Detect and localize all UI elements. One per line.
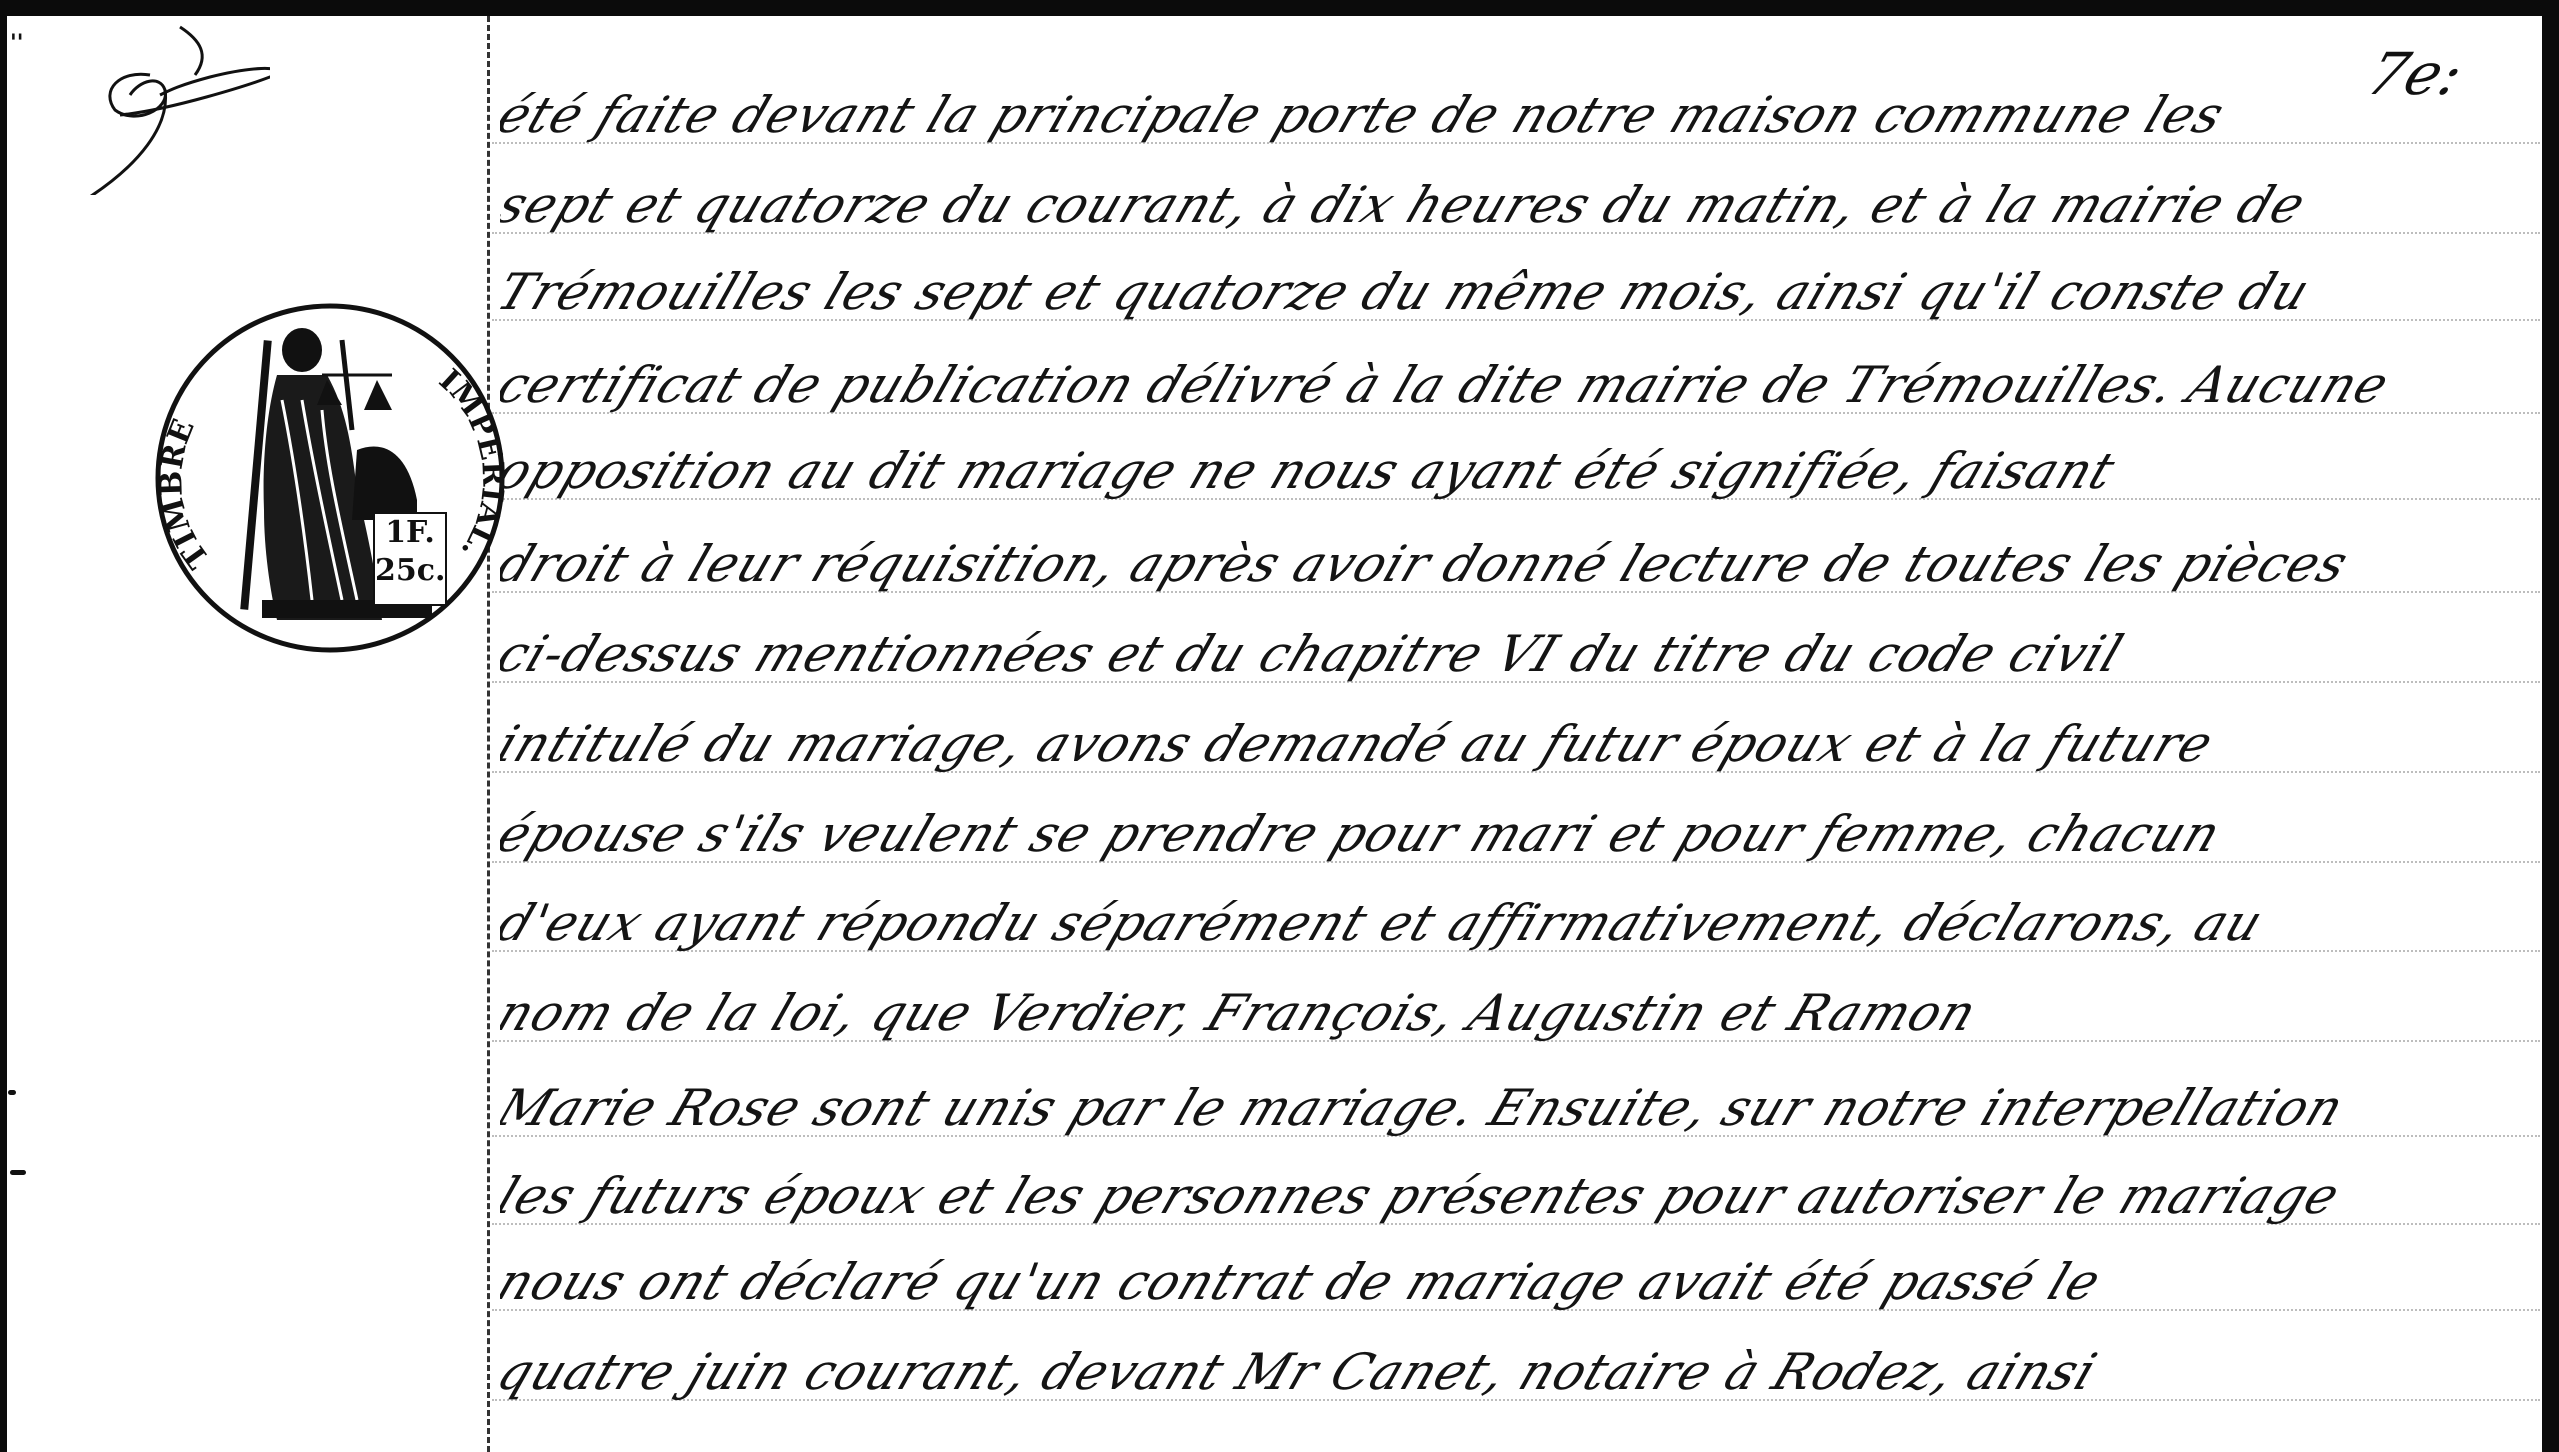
handwritten-line-15: quatre juin courant, devant Mr Canet, no…	[500, 1327, 2535, 1417]
handwritten-line-10: d'eux ayant répondu séparément et affirm…	[500, 878, 2535, 968]
handwritten-line-12: Marie Rose sont unis par le mariage. Ens…	[500, 1063, 2535, 1153]
handwritten-line-3: Trémouilles les sept et quatorze du même…	[500, 247, 2535, 337]
handwritten-line-6: droit à leur réquisition, après avoir do…	[500, 519, 2535, 609]
handwritten-line-11: nom de la loi, que Verdier, François, Au…	[500, 968, 2535, 1058]
stamp-seal-icon: TIMBRE IMPERIAL.	[152, 300, 508, 656]
scan-border-left	[0, 0, 7, 1452]
handwritten-line-9: épouse s'ils veulent se prendre pour mar…	[500, 789, 2535, 879]
margin-dot	[8, 1090, 16, 1095]
handwritten-line-14: nous ont déclaré qu'un contrat de mariag…	[500, 1237, 2535, 1327]
handwritten-line-2: sept et quatorze du courant, à dix heure…	[500, 160, 2535, 250]
register-page: '' 7e: TIMBRE IMPERIAL.	[0, 0, 2559, 1452]
timbre-imperial-stamp: TIMBRE IMPERIAL. 1F. 25c.	[152, 300, 508, 656]
margin-rule	[487, 16, 490, 1452]
handwritten-line-1: été faite devant la principale porte de …	[500, 70, 2535, 160]
scan-border-top	[0, 0, 2559, 16]
stamp-value-centimes: 25c.	[375, 556, 445, 586]
handwritten-line-13: les futurs époux et les personnes présen…	[500, 1151, 2535, 1241]
handwritten-line-7: ci-dessus mentionnées et du chapitre VI …	[500, 609, 2535, 699]
handwritten-line-8: intitulé du mariage, avons demandé au fu…	[500, 699, 2535, 789]
corner-mark: ''	[10, 30, 23, 56]
margin-annotation-flourish-icon	[60, 15, 270, 195]
handwritten-line-4: certificat de publication délivré à la d…	[500, 340, 2535, 430]
margin-dot	[10, 1170, 26, 1175]
stamp-value-franc: 1F.	[375, 518, 445, 548]
stamp-value-box: 1F. 25c.	[373, 512, 447, 606]
scan-border-right	[2542, 16, 2559, 1452]
handwritten-line-5: opposition au dit mariage ne nous ayant …	[500, 426, 2535, 516]
